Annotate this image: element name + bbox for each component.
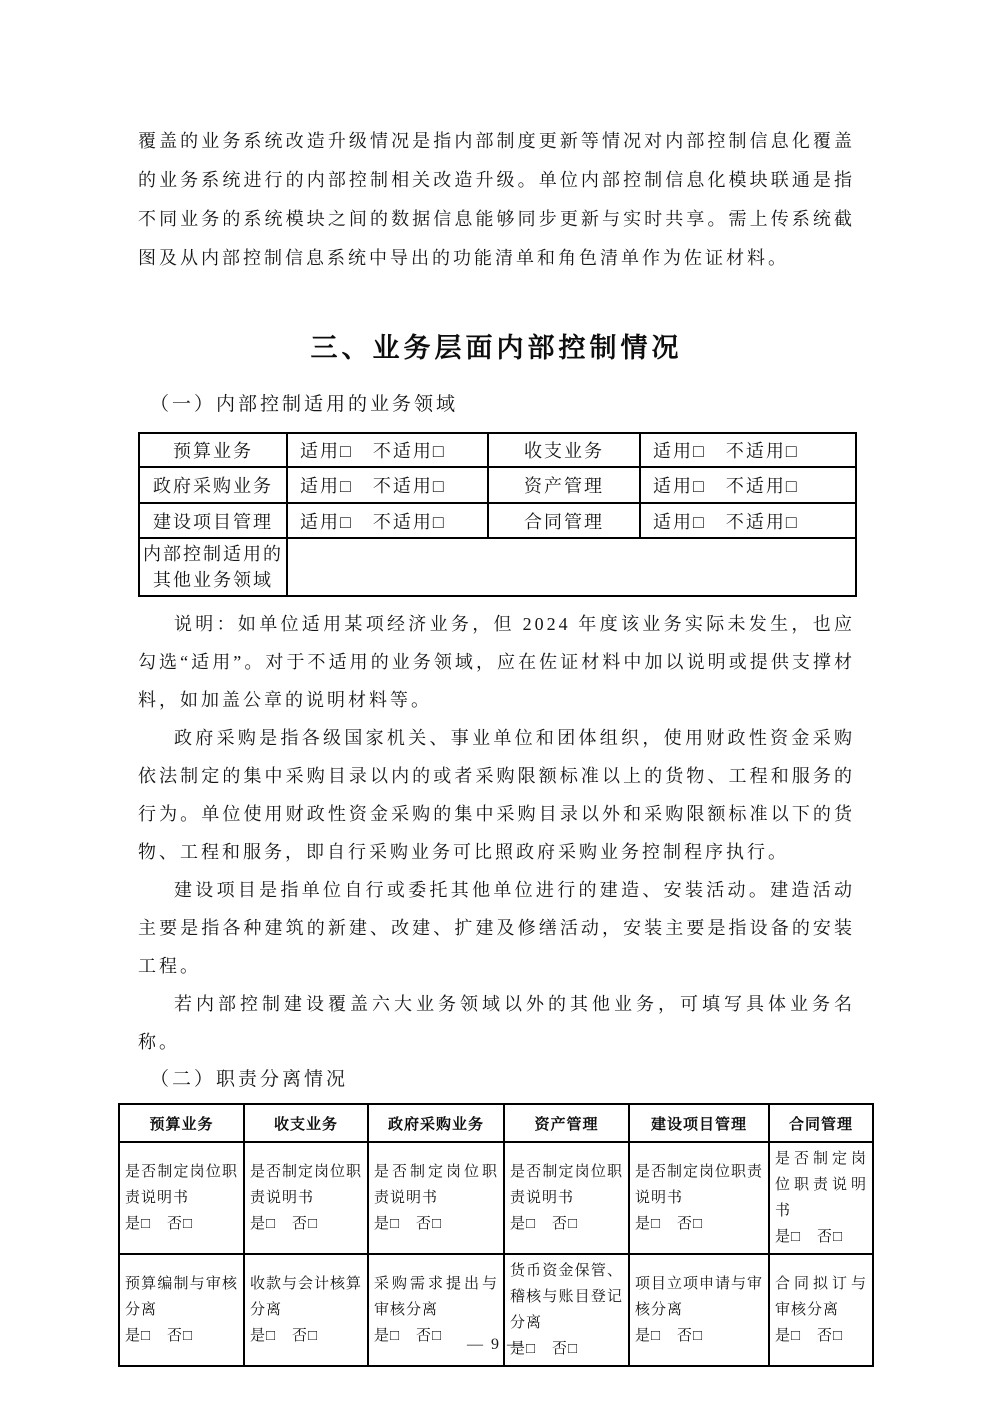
- table-row: 内部控制适用的 其他业务领域: [139, 538, 856, 596]
- job-description-row: 是否制定岗位职责说明书 是□ 否□ 是否制定岗位职责说明书 是□ 否□ 是否制定…: [119, 1142, 873, 1254]
- question-text: 预算编制与审核分离: [125, 1271, 238, 1323]
- section-heading: 三、业务层面内部控制情况: [138, 328, 855, 368]
- applicability-checkbox-options: 适用□ 不适用□: [287, 433, 488, 467]
- other-business-area-label: 内部控制适用的 其他业务领域: [139, 538, 287, 596]
- job-description-cell: 是否制定岗位职责说明书 是□ 否□: [629, 1142, 769, 1254]
- question-text: 是否制定岗位职责说明书: [510, 1159, 623, 1211]
- job-description-cell: 是否制定岗位职责说明书 是□ 否□: [244, 1142, 368, 1254]
- question-text: 货币资金保管、稽核与账目登记分离: [510, 1258, 623, 1336]
- duty-separation-table: 预算业务 收支业务 政府采购业务 资产管理 建设项目管理 合同管理 是否制定岗位…: [118, 1103, 874, 1367]
- column-header: 政府采购业务: [368, 1104, 504, 1142]
- job-description-cell: 是否制定岗位职责说明书 是□ 否□: [119, 1142, 244, 1254]
- note-paragraph: 说明：如单位适用某项经济业务，但 2024 年度该业务实际未发生，也应勾选“适用…: [138, 605, 855, 719]
- question-text: 是否制定岗位职责说明书: [635, 1159, 763, 1211]
- yes-no-checkbox-options: 是□ 否□: [374, 1211, 498, 1237]
- yes-no-checkbox-options: 是□ 否□: [775, 1224, 867, 1250]
- question-text: 合同拟订与审核分离: [775, 1271, 867, 1323]
- subsection-heading-applicable-areas: （一）内部控制适用的业务领域: [138, 390, 855, 420]
- business-area-label: 预算业务: [139, 433, 287, 467]
- yes-no-checkbox-options: 是□ 否□: [510, 1211, 623, 1237]
- yes-no-checkbox-options: 是□ 否□: [635, 1211, 763, 1237]
- table-row: 预算业务 适用□ 不适用□ 收支业务 适用□ 不适用□: [139, 433, 856, 467]
- question-text: 收款与会计核算分离: [250, 1271, 362, 1323]
- question-text: 是否制定岗位职责说明书: [125, 1159, 238, 1211]
- table-header-row: 预算业务 收支业务 政府采购业务 资产管理 建设项目管理 合同管理: [119, 1104, 873, 1142]
- question-text: 是否制定岗位职责说明书: [374, 1159, 498, 1211]
- table-row: 政府采购业务 适用□ 不适用□ 资产管理 适用□ 不适用□: [139, 467, 856, 503]
- question-text: 是否制定岗位职责说明书: [775, 1146, 867, 1224]
- note-paragraph: 建设项目是指单位自行或委托其他单位进行的建造、安装活动。建造活动主要是指各种建筑…: [138, 871, 855, 985]
- column-header: 建设项目管理: [629, 1104, 769, 1142]
- column-header: 收支业务: [244, 1104, 368, 1142]
- applicable-business-areas-table: 预算业务 适用□ 不适用□ 收支业务 适用□ 不适用□ 政府采购业务 适用□ 不…: [138, 432, 857, 597]
- other-business-area-empty-cell: [287, 538, 856, 596]
- applicability-checkbox-options: 适用□ 不适用□: [640, 433, 856, 467]
- applicability-checkbox-options: 适用□ 不适用□: [287, 503, 488, 538]
- business-area-label: 政府采购业务: [139, 467, 287, 503]
- column-header: 合同管理: [769, 1104, 873, 1142]
- business-area-label: 资产管理: [488, 467, 640, 503]
- business-area-label: 建设项目管理: [139, 503, 287, 538]
- column-header: 资产管理: [504, 1104, 629, 1142]
- column-header: 预算业务: [119, 1104, 244, 1142]
- question-text: 是否制定岗位职责说明书: [250, 1159, 362, 1211]
- page-number: — 9 —: [0, 1336, 992, 1354]
- question-text: 采购需求提出与审核分离: [374, 1271, 498, 1323]
- job-description-cell: 是否制定岗位职责说明书 是□ 否□: [504, 1142, 629, 1254]
- note-paragraph: 若内部控制建设覆盖六大业务领域以外的其他业务，可填写具体业务名称。: [138, 985, 855, 1061]
- question-text: 项目立项申请与审核分离: [635, 1271, 763, 1323]
- job-description-cell: 是否制定岗位职责说明书 是□ 否□: [368, 1142, 504, 1254]
- yes-no-checkbox-options: 是□ 否□: [250, 1211, 362, 1237]
- business-area-label: 合同管理: [488, 503, 640, 538]
- note-paragraph: 政府采购是指各级国家机关、事业单位和团体组织，使用财政性资金采购依法制定的集中采…: [138, 719, 855, 871]
- applicability-checkbox-options: 适用□ 不适用□: [287, 467, 488, 503]
- document-page: 覆盖的业务系统改造升级情况是指内部制度更新等情况对内部控制信息化覆盖的业务系统进…: [0, 0, 992, 1403]
- applicability-checkbox-options: 适用□ 不适用□: [640, 467, 856, 503]
- business-area-label: 收支业务: [488, 433, 640, 467]
- yes-no-checkbox-options: 是□ 否□: [125, 1211, 238, 1237]
- intro-paragraph: 覆盖的业务系统改造升级情况是指内部制度更新等情况对内部控制信息化覆盖的业务系统进…: [138, 122, 855, 278]
- applicability-checkbox-options: 适用□ 不适用□: [640, 503, 856, 538]
- job-description-cell: 是否制定岗位职责说明书 是□ 否□: [769, 1142, 873, 1254]
- subsection-heading-duty-separation: （二）职责分离情况: [138, 1065, 855, 1095]
- table-row: 建设项目管理 适用□ 不适用□ 合同管理 适用□ 不适用□: [139, 503, 856, 538]
